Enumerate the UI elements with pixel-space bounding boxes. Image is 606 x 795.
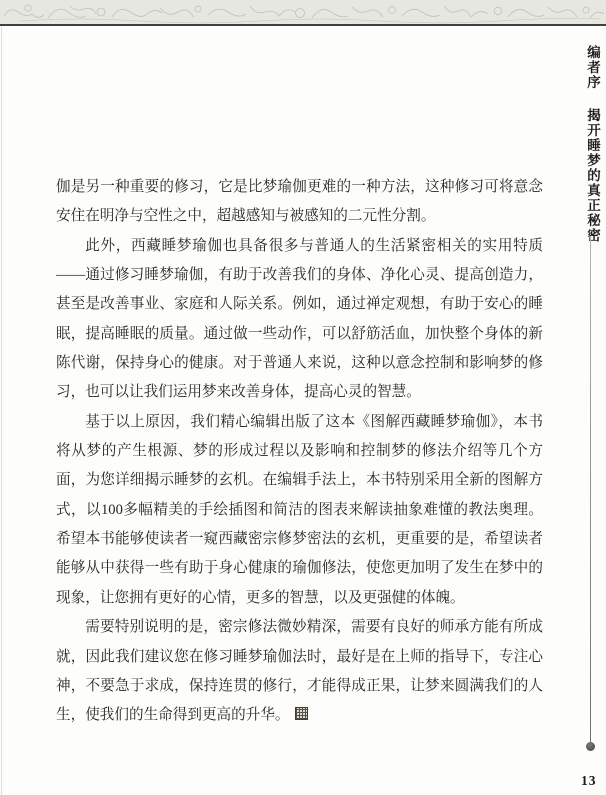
paragraph: 基于以上原因，我们精心编辑出版了这本《图解西藏睡梦瑜伽》，本书将从梦的产生根源、… <box>56 408 543 613</box>
end-of-text-mark-icon <box>295 707 308 720</box>
sidebar-section-label: 编者序 <box>585 45 600 90</box>
sidebar-running-head: 编者序 揭开睡梦的真正秘密 <box>582 45 602 243</box>
decorative-header-band <box>0 0 606 26</box>
scan-page-edge <box>1 26 2 795</box>
sidebar-section-title: 揭开睡梦的真正秘密 <box>585 108 600 243</box>
paragraph: 伽是另一种重要的修习，它是比梦瑜伽更难的一种方法，这种修习可将意念安住在明净与空… <box>56 173 543 232</box>
paragraph: 此外，西藏睡梦瑜伽也具备很多与普通人的生活紧密相关的实用特质——通过修习睡梦瑜伽… <box>56 232 543 408</box>
sidebar-vertical-rule <box>590 237 591 742</box>
book-page: { "sidebar": { "section_label": "编者序", "… <box>0 0 606 795</box>
body-text: 伽是另一种重要的修习，它是比梦瑜伽更难的一种方法，这种修习可将意念安住在明净与空… <box>56 173 543 731</box>
thangka-line-art-icon <box>0 0 606 24</box>
page-number: 13 <box>581 773 597 789</box>
rule-terminal-dot-icon <box>586 742 595 751</box>
paragraph: 需要特别说明的是，密宗修法微妙精深，需要有良好的师承方能有所成就，因此我们建议您… <box>56 613 543 730</box>
